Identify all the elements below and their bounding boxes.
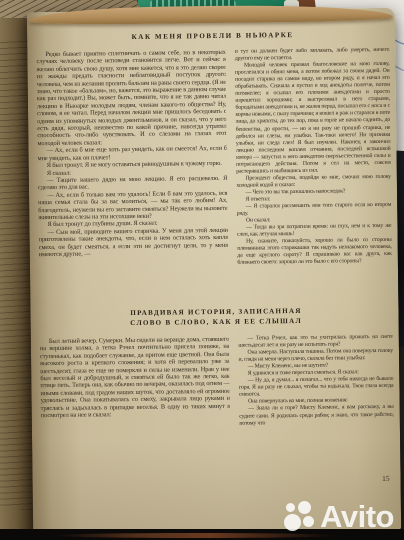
story1-title: КАК МЕНЯ ПРОВЕЛИ В НЬЮАРКЕ xyxy=(36,30,389,42)
story1-columns: Редко бывает приятно сплетничать о самом… xyxy=(36,47,392,301)
paragraph: Редко бывает приятно сплетничать о самом… xyxy=(36,49,227,148)
paragraph: Молодой человек призвал благословение на… xyxy=(235,61,391,176)
story1-left-column: Редко бывает приятно сплетничать о самом… xyxy=(36,49,228,301)
paragraph: — Ах, если б только вам это удалось! Есл… xyxy=(38,190,228,222)
table-edge-highlight xyxy=(55,533,335,538)
avito-watermark: Avito xyxy=(284,501,394,532)
story1-right-column: и тут он должен будет либо заплакать, ли… xyxy=(235,47,393,299)
page-content: КАК МЕНЯ ПРОВЕЛИ В НЬЮАРКЕ Редко бывает … xyxy=(36,30,395,526)
avito-logo-circle-small xyxy=(286,503,295,512)
paragraph: — Сын мой, приводите вашего старичка. У … xyxy=(38,227,228,259)
paragraph: — Ну да, я думал... я полагал... что у т… xyxy=(239,376,394,399)
story2-columns: Был летний вечер. Сумерки. Мы сидели на … xyxy=(40,334,395,484)
book-page: КАК МЕНЯ ПРОВЕЛИ В НЬЮАРКЕ Редко бывает … xyxy=(27,8,401,534)
story2-right-column: — Тетка Рэчел, как это ты ухитрилась про… xyxy=(238,334,394,482)
page-number: 15 xyxy=(382,474,390,483)
paragraph: — Знала ли я горе? Мисту Клеменс, я вам … xyxy=(239,404,394,427)
avito-logo-circle-bottom-right xyxy=(303,516,314,527)
story2-left-column: Был летний вечер. Сумерки. Мы сидели на … xyxy=(40,336,231,484)
paragraph: Был летний вечер. Сумерки. Мы сидели на … xyxy=(40,336,230,420)
avito-logo-circle-large xyxy=(284,514,301,531)
story2-title: ПРАВДИВАЯ ИСТОРИЯ, ЗАПИСАННАЯ СЛОВО В СЛ… xyxy=(39,305,392,329)
book-photo: КАК МЕНЯ ПРОВЕЛИ В НЬЮАРКЕ Редко бывает … xyxy=(0,0,404,540)
avito-logo-circle-top-right xyxy=(298,501,311,514)
paragraph: Ну, скажите, пожалуйста, хорошо ли было … xyxy=(237,237,392,267)
avito-logo-icon xyxy=(284,501,315,532)
avito-wordmark: Avito xyxy=(320,501,394,532)
